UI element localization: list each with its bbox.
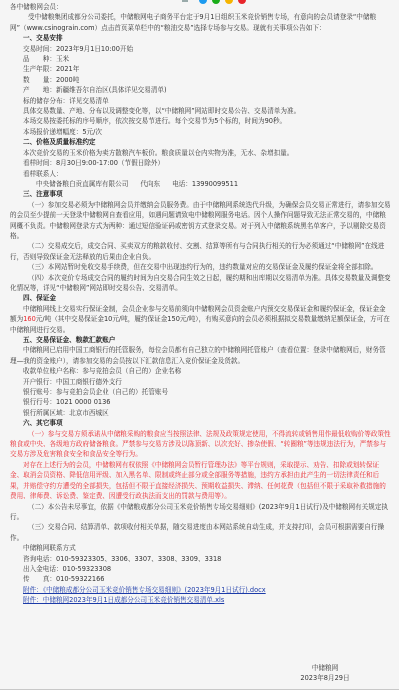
notice-item-4: （四）本次竞价专场成交合同的履约时间为自交易合同生效之日起，履约期和出库期以交易… xyxy=(10,273,392,294)
contact-company: 中央储备粮白贡直属库有限公司 xyxy=(36,180,128,188)
quantity-row: 数 量：2000吨 xyxy=(10,75,392,85)
consult-phone: 咨询电话：010-59323305、3306、3307、3308、3309、33… xyxy=(10,554,392,564)
signature-org: 中储粮网 xyxy=(285,663,365,673)
payee-row: 收款单位账户名称：参与竞拍会员（自己的）企业名称 xyxy=(10,366,392,376)
contact-phone: 电话：13990099511 xyxy=(172,180,238,188)
fax-number: 传 真：010-59322166 xyxy=(10,574,392,584)
section-1-title: 一、交易安排 xyxy=(10,33,392,43)
increment-note: 本场报价递增幅度：5元/次 xyxy=(10,127,392,137)
variety-row: 品 种：玉米 xyxy=(10,54,392,64)
announcement-body: 各中储粮网会员： 受中储粮集团成都分公司委托，中储粮网电子商务平台定于9月1日组… xyxy=(10,2,392,606)
other-item-3: （三）交易合同、结算清单、款项收付相关单据，随交易进度由本网站系统自动生成，并支… xyxy=(10,522,392,543)
quantity-value: 2000吨 xyxy=(56,76,79,84)
contact-label: 看样联系人： xyxy=(10,169,392,179)
notice-item-2: （二）交易成交后，成交合同、买卖双方的粮款收付、交割、结算等所有与合同执行相关的… xyxy=(10,241,392,262)
deposit-paragraph: 中储粮网线上交易实行保证金制，会员企业参与交易前须向中储粮网会员资金账户内预交交… xyxy=(10,304,392,335)
section-6-title: 六、其它事项 xyxy=(10,418,392,428)
variety-label: 品 种： xyxy=(23,55,56,63)
storage-row: 标的储存分布：详见交易清单 xyxy=(10,96,392,106)
variety-value: 玉米 xyxy=(56,55,69,63)
view-time: 看样时间：8月30日9:00-17:00（节假日除外） xyxy=(10,158,392,168)
region-row: 银行所属区域：北京市西城区 xyxy=(10,408,392,418)
section-4-title: 四、保证金 xyxy=(10,293,392,303)
deposit-amount: 160 xyxy=(23,315,36,323)
section-2-title: 二、价格及质量标准约定 xyxy=(10,137,392,147)
notice-item-1: （一）参加交易必须为中储粮网会员并缴纳会员服务费。由于中储粮网系统迭代升级，为确… xyxy=(10,200,392,242)
other-item-1b: 对存在上述行为的会员，中储粮网有权依照《中储粮网会员暂行管理办法》等平台规则，采… xyxy=(10,460,392,502)
signature-date: 2023年8月29日 xyxy=(285,673,365,683)
order-note: 本场交易按委托标的序号顺序，依次按交易节进行。每个交易节为5个标的，时间为90秒… xyxy=(10,116,392,126)
contact-title: 中储粮网联系方式 xyxy=(10,543,392,553)
detail-note: 具体交易数量、产地、分布以及调整变化等，以“中储粮网”网站即时交易公告、交易清单… xyxy=(10,106,392,116)
account-intro: 中储粮网已启用中国工商银行的托管服务，每位会员都有自己独立的中储粮网托管账户（查… xyxy=(10,345,392,366)
quantity-label: 数 量： xyxy=(23,76,56,84)
section-5-title: 五、交易保证金、粮款汇款账户 xyxy=(10,335,392,345)
origin-value: 新疆维吾尔自治区(具体详见交易清单) xyxy=(56,86,167,94)
attachment-rules-link[interactable]: 附件：《中储粮成都分公司玉米竞价销售专场交易细则》(2023年9月1日试行).d… xyxy=(10,585,392,595)
signature-block: 中储粮网 2023年8月29日 xyxy=(285,663,365,683)
trade-time: 交易时间：2023年9月1日10:00开始 xyxy=(10,44,392,54)
funds-phone: 出入金电话：010-59323308 xyxy=(10,564,392,574)
salutation: 各中储粮网会员： xyxy=(10,2,392,12)
year-value: 2021年 xyxy=(56,65,79,73)
year-row: 生产年限：2021年 xyxy=(10,64,392,74)
origin-label: 产 地： xyxy=(23,86,56,94)
origin-row: 产 地：新疆维吾尔自治区(具体详见交易清单) xyxy=(10,85,392,95)
intro-paragraph: 受中储粮集团成都分公司委托，中储粮网电子商务平台定于9月1日组织玉米竞价销售专场… xyxy=(10,12,392,33)
contact-person: 代向东 xyxy=(140,180,160,188)
other-item-2: （二）本公告未尽事宜，依据《中储粮成都分公司玉米竞价销售专场交易细则》(2023… xyxy=(10,502,392,523)
section-3-title: 三、注意事项 xyxy=(10,189,392,199)
deposit-text-b: 元/吨（其中交易保证金10元/吨，履约保证金150元/吨），有购买意向的会员必须… xyxy=(10,315,390,333)
bank-code-row: 银行行号：1021 0000 0136 xyxy=(10,397,392,407)
contact-row: 中央储备粮白贡直属库有限公司代向东电话：13990099511 xyxy=(10,179,392,189)
price-note: 本次竞价交易的玉米价格为卖方散粮汽车板价。粮食质量以仓内实物为准，无水、杂增扣量… xyxy=(10,148,392,158)
bank-row: 开户银行：中国工商银行德外支行 xyxy=(10,377,392,387)
attachment-list-link[interactable]: 附件：中储粮网2023年9月1日成都分公司玉米竞价销售交易清单.xls xyxy=(10,595,392,605)
year-label: 生产年限： xyxy=(23,65,56,73)
account-row: 银行账号：参与竞拍会员企业（自己的）托管账号 xyxy=(10,387,392,397)
other-item-1: （一）参与交易方须承诺从中储粮采购的粮食应当按照法律、法规及政策规定使用，不得流… xyxy=(10,429,392,460)
notice-item-3: （三）本网站暂时免收交易手续费，但在交易中出现违约行为的，违约数量对应的交易保证… xyxy=(10,262,392,272)
